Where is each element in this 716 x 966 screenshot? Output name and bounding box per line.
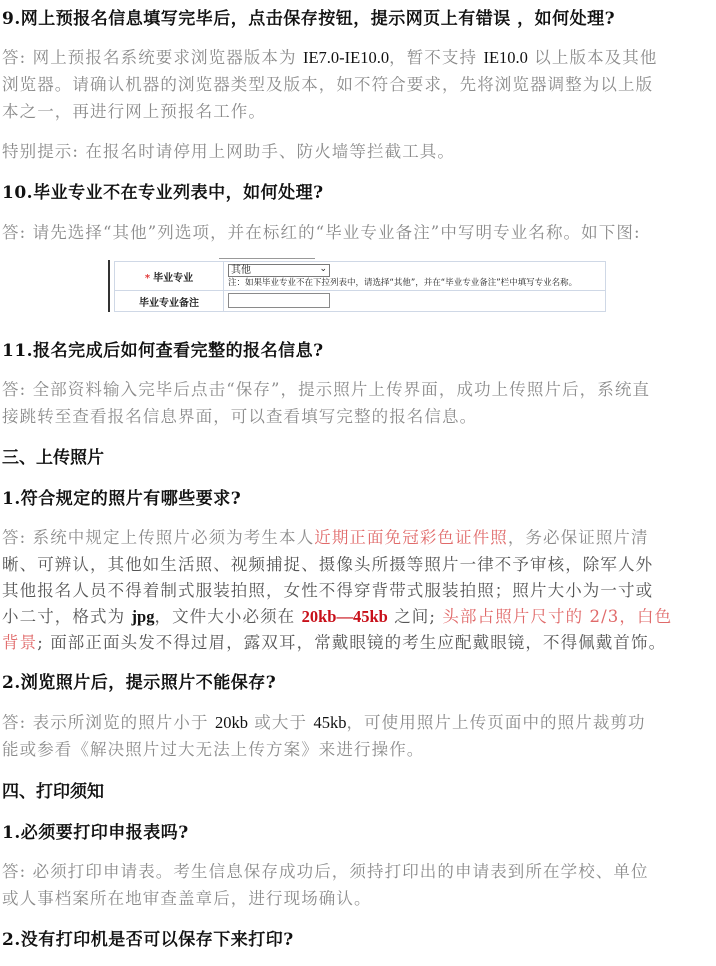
- question-9-answer-line-1: 答: 网上预报名系统要求浏览器版本为 IE7.0-IE10.0，暂不支持 IE1…: [2, 44, 657, 68]
- question-9-title: 9.网上预报名信息填写完毕后，点击保存按钮，提示网页上有错误 ，如何处理?: [2, 4, 615, 29]
- print-question-1-title: 1.必须要打印申报表吗?: [2, 818, 189, 843]
- question-11-title: 11.报名完成后如何查看完整的报名信息?: [2, 336, 324, 361]
- answer-text: 小二寸，格式为: [2, 607, 132, 626]
- question-9-special-tip: 特别提示: 在报名时请停用上网助手、防火墙等拦截工具。: [2, 138, 455, 162]
- answer-text: ; 面部正面头发不得过眉，露双耳，常戴眼镜的考生应配戴眼镜，不得佩戴首饰。: [37, 633, 666, 652]
- print-question-1-answer-line-1: 答: 必须打印申请表。考生信息保存成功后，须持打印出的申请表到所在学校、单位: [2, 858, 649, 882]
- required-star-icon: *: [145, 273, 150, 284]
- highlight-head-ratio: 头部占照片尺寸的 2/3，白色: [442, 607, 672, 626]
- major-row: *毕业专业 其他 ⌄ 注：如果毕业专业不在下拉列表中，请选择“其他”，并在“毕业…: [115, 262, 606, 291]
- photo-question-2-answer-line-2: 能或参看《解决照片过大无法上传方案》来进行操作。: [2, 736, 424, 760]
- answer-text: ，务必保证照片清: [508, 528, 649, 547]
- answer-text: ，暂不支持: [389, 48, 483, 67]
- photo-question-1-answer-line-1: 答: 系统中规定上传照片必须为考生本人近期正面免冠彩色证件照，务必保证照片清: [2, 524, 649, 548]
- question-9-answer-line-2: 浏览器。请确认机器的浏览器类型及版本，如不符合要求，先将浏览器调整为以上版: [2, 71, 653, 95]
- answer-text: ，可使用照片上传页面中的照片裁剪功: [346, 713, 645, 732]
- photo-question-1-answer-line-4: 小二寸，格式为 jpg，文件大小必须在 20kb—45kb 之间; 头部占照片尺…: [2, 603, 672, 627]
- major-note: 注：如果毕业专业不在下拉列表中，请选择“其他”，并在“毕业专业备注”栏中填写专业…: [228, 277, 601, 290]
- photo-question-1-answer-line-3: 其他报名人员不得着制式服装拍照，女性不得穿背带式服装拍照；照片大小为一寸或: [2, 577, 653, 601]
- print-question-1-answer-line-2: 或人事档案所在地审查盖章后，进行现场确认。: [2, 885, 372, 909]
- photo-question-1-answer-line-5: 背景; 面部正面头发不得过眉，露双耳，常戴眼镜的考生应配戴眼镜，不得佩戴首饰。: [2, 629, 666, 653]
- highlight-file-size: 20kb—45kb: [302, 607, 388, 626]
- major-label-cell: *毕业专业: [115, 262, 224, 291]
- question-11-answer-line-2: 接跳转至查看报名信息界面，可以查看填写完整的报名信息。: [2, 403, 477, 427]
- major-select-value: 其他: [231, 265, 251, 276]
- answer-text: 答: 系统中规定上传照片必须为考生本人: [2, 528, 314, 547]
- print-question-2-title: 2.没有打印机是否可以保存下来打印?: [2, 925, 294, 950]
- question-10-answer: 答: 请先选择“其他”列选项，并在标红的“毕业专业备注”中写明专业名称。如下图:: [2, 219, 641, 243]
- section-heading-upload-photo: 三、上传照片: [2, 443, 104, 468]
- major-form-screenshot: *毕业专业 其他 ⌄ 注：如果毕业专业不在下拉列表中，请选择“其他”，并在“毕业…: [108, 258, 609, 315]
- remark-input-cell: [224, 291, 606, 312]
- max-size: 45kb: [313, 713, 346, 732]
- major-form-table: *毕业专业 其他 ⌄ 注：如果毕业专业不在下拉列表中，请选择“其他”，并在“毕业…: [114, 261, 606, 312]
- major-label: 毕业专业: [153, 273, 193, 284]
- photo-question-2-title: 2.浏览照片后，提示照片不能保存?: [2, 668, 276, 693]
- major-select[interactable]: 其他 ⌄: [228, 264, 330, 277]
- major-input-cell: 其他 ⌄ 注：如果毕业专业不在下拉列表中，请选择“其他”，并在“毕业专业备注”栏…: [224, 262, 606, 291]
- form-left-border: [108, 260, 110, 312]
- answer-text: 以上版本及其他: [528, 48, 658, 67]
- highlight-background: 背景: [2, 633, 37, 652]
- answer-text: 答: 表示所浏览的照片小于: [2, 713, 215, 732]
- browser-version-range: IE7.0-IE10.0: [303, 48, 389, 67]
- remark-row: 毕业专业备注: [115, 291, 606, 312]
- chevron-down-icon: ⌄: [319, 264, 327, 275]
- highlight-photo-type: 近期正面免冠彩色证件照: [314, 528, 508, 547]
- min-size: 20kb: [215, 713, 248, 732]
- answer-text: 之间;: [388, 607, 443, 626]
- format-jpg: jpg: [132, 607, 155, 626]
- question-10-title: 10.毕业专业不在专业列表中，如何处理?: [2, 178, 324, 203]
- browser-version: IE10.0: [483, 48, 527, 67]
- photo-question-2-answer-line-1: 答: 表示所浏览的照片小于 20kb 或大于 45kb，可使用照片上传页面中的照…: [2, 709, 646, 733]
- answer-text: 或大于: [248, 713, 314, 732]
- answer-text: ，文件大小必须在: [154, 607, 301, 626]
- section-heading-print-notice: 四、打印须知: [2, 777, 104, 802]
- question-11-answer-line-1: 答: 全部资料输入完毕后点击“保存”，提示照片上传界面，成功上传照片后，系统直: [2, 376, 650, 400]
- photo-question-1-answer-line-2: 晰、可辨认，其他如生活照、视频捕捉、摄像头所摄等照片一律不予审核，除军人外: [2, 551, 653, 575]
- form-top-edge: [219, 258, 315, 259]
- major-remark-input[interactable]: [228, 293, 330, 308]
- question-9-answer-line-3: 本之一，再进行网上预报名工作。: [2, 98, 266, 122]
- photo-question-1-title: 1.符合规定的照片有哪些要求?: [2, 484, 241, 509]
- remark-label: 毕业专业备注: [115, 291, 224, 312]
- answer-text: 答: 网上预报名系统要求浏览器版本为: [2, 48, 303, 67]
